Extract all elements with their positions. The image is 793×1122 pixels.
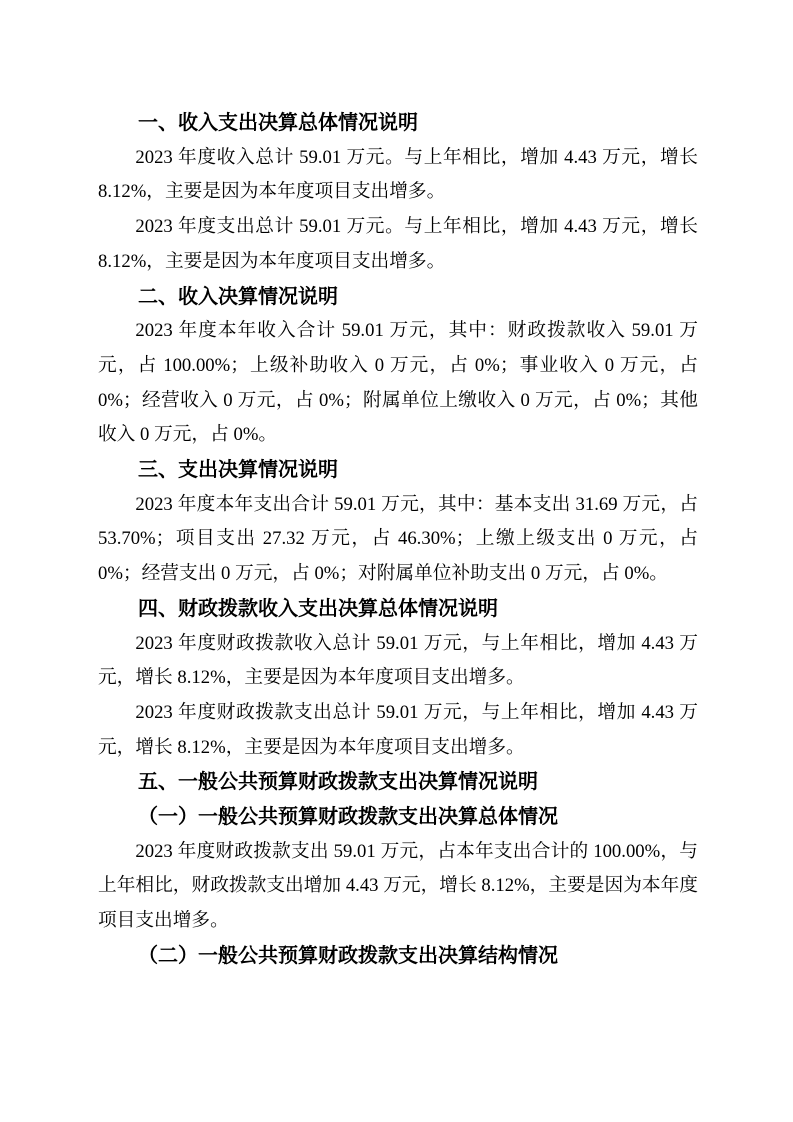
paragraph-income-breakdown: 2023 年度本年收入合计 59.01 万元，其中：财政拨款收入 59.01 万… bbox=[98, 314, 698, 453]
paragraph-expenditure-breakdown: 2023 年度本年支出合计 59.01 万元，其中：基本支出 31.69 万元，… bbox=[98, 488, 698, 592]
paragraph-income-total: 2023 年度收入总计 59.01 万元。与上年相比，增加 4.43 万元，增长… bbox=[98, 141, 698, 210]
section-heading-fiscal-appropriation-overall: 四、财政拨款收入支出决算总体情况说明 bbox=[98, 592, 698, 627]
section-heading-expenditure-final-accounts: 三、支出决算情况说明 bbox=[98, 453, 698, 488]
paragraph-expenditure-total: 2023 年度支出总计 59.01 万元。与上年相比，增加 4.43 万元，增长… bbox=[98, 210, 698, 279]
paragraph-general-public-budget-detail: 2023 年度财政拨款支出 59.01 万元，占本年支出合计的 100.00%，… bbox=[98, 835, 698, 939]
subsection-heading-general-public-budget-overall: （一）一般公共预算财政拨款支出决算总体情况 bbox=[98, 800, 698, 835]
subsection-heading-general-public-budget-structure: （二）一般公共预算财政拨款支出决算结构情况 bbox=[98, 939, 698, 974]
section-heading-general-public-budget-expenditure: 五、一般公共预算财政拨款支出决算情况说明 bbox=[98, 765, 698, 800]
paragraph-fiscal-appropriation-income: 2023 年度财政拨款收入总计 59.01 万元，与上年相比，增加 4.43 万… bbox=[98, 627, 698, 696]
paragraph-fiscal-appropriation-expenditure: 2023 年度财政拨款支出总计 59.01 万元，与上年相比，增加 4.43 万… bbox=[98, 696, 698, 765]
section-heading-income-expenditure-overall: 一、收入支出决算总体情况说明 bbox=[98, 106, 698, 141]
document-body: 一、收入支出决算总体情况说明 2023 年度收入总计 59.01 万元。与上年相… bbox=[0, 0, 793, 1122]
document-page: { "page": { "background_color": "#ffffff… bbox=[0, 0, 793, 1122]
section-heading-income-final-accounts: 二、收入决算情况说明 bbox=[98, 280, 698, 315]
